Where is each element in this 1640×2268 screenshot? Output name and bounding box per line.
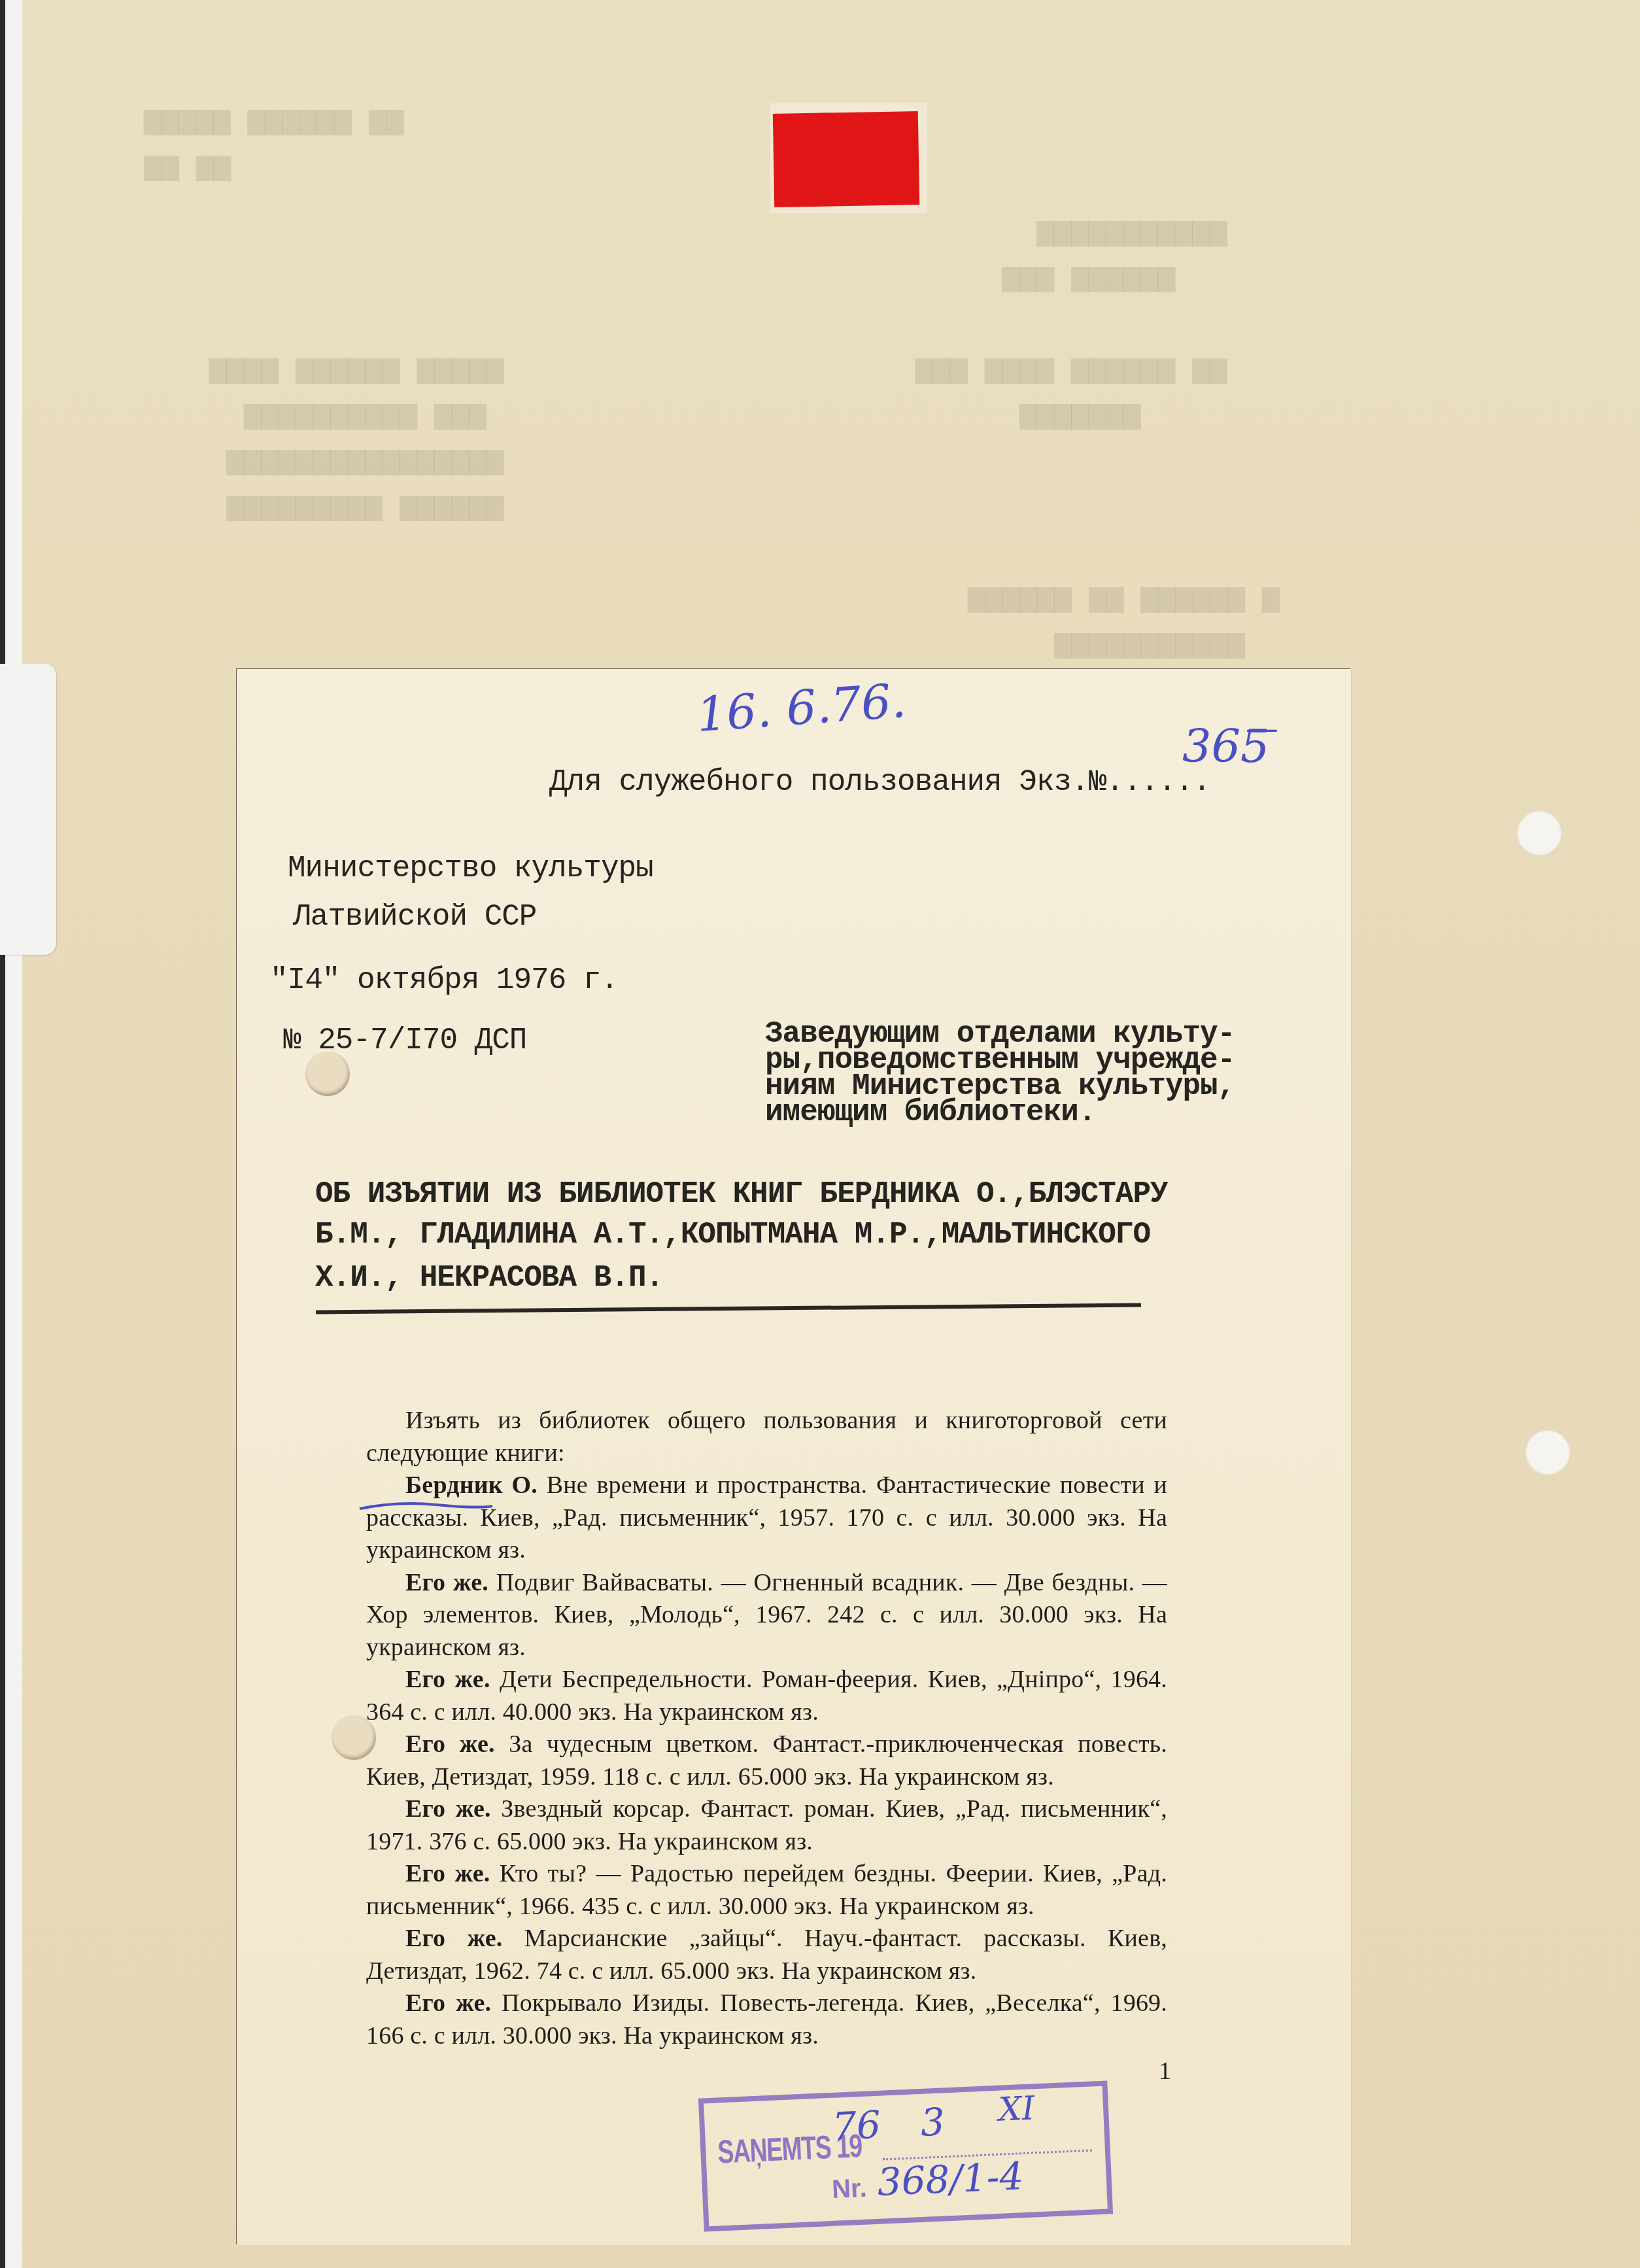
- handwritten-underline: [358, 1500, 496, 1513]
- document-title-line: Б.М., ГЛАДИЛИНА А.Т.,КОПЫТМАНА М.Р.,МАЛЬ…: [315, 1218, 1150, 1252]
- stamp-number-handwritten: 368/1-4: [876, 2154, 1024, 2205]
- book-entry: Его же. Звездный корсар. Фантаст. роман.…: [366, 1793, 1167, 1858]
- punch-hole: [1517, 811, 1562, 855]
- red-marker-tag: [773, 111, 919, 207]
- document-title-line: ОБ ИЗЪЯТИИ ИЗ БИБЛИОТЕК КНИГ БЕРДНИКА О.…: [315, 1177, 1168, 1211]
- bleed-through-text: ▆ ▆▆▆▆▆▆ ▆▆ ▆▆▆▆▆▆ ▆▆▆▆▆▆▆▆▆▆▆: [968, 576, 1280, 667]
- reference-number: № 25-7/I70 ДСП: [283, 1023, 526, 1057]
- sender-republic: Латвийской ССР: [293, 900, 536, 934]
- stamp-month-handwritten: XI: [998, 2089, 1036, 2128]
- sender-ministry: Министерство культуры: [288, 851, 653, 885]
- stamp-day-handwritten: 3: [919, 2099, 946, 2145]
- received-stamp: SAŅEMTS 19 Nr. 76 3 XI 368/1-4: [698, 2080, 1113, 2231]
- document-date: "I4" октября 1976 г.: [270, 963, 618, 997]
- bleed-through-text: ▆▆▆▆▆ ▆▆▆▆▆▆ ▆▆▆▆ ▆▆▆ ▆▆▆▆▆▆▆▆▆▆ ▆▆▆▆▆▆▆…: [209, 347, 504, 530]
- book-entry: Бердник О. Вне времени и пространства. Ф…: [366, 1469, 1167, 1567]
- book-entry: Его же. Покрывало Изиды. Повесть-легенда…: [366, 1987, 1167, 2052]
- stamp-number-label: Nr.: [831, 2174, 867, 2205]
- classification-line: Для служебного пользования Экз.№......: [549, 765, 1210, 799]
- book-entry: Его же. Дети Беспредельности. Роман-феер…: [366, 1664, 1167, 1728]
- addressee-line: имеющим библиотеки.: [765, 1095, 1096, 1129]
- bleed-through-text: ▆▆ ▆▆▆▆▆▆ ▆▆▆▆▆ ▆▆ ▆▆: [144, 98, 403, 190]
- punch-hole: [1526, 1430, 1570, 1475]
- binder-tab: [0, 664, 56, 955]
- book-entry: Его же. Кто ты? — Радостью перейдем безд…: [366, 1858, 1167, 1923]
- handwritten-dash: —: [1246, 710, 1278, 747]
- document-title-line: Х.И., НЕКРАСОВА В.П.: [315, 1261, 663, 1295]
- book-entry: Его же. За чудесным цветком. Фантаст.-пр…: [366, 1728, 1167, 1793]
- stamp-year-handwritten: 76: [831, 2103, 881, 2149]
- punch-hole: [305, 1052, 350, 1096]
- book-entry: Его же. Подвиг Вайвасваты. — Огненный вс…: [366, 1567, 1167, 1664]
- page-number: 1: [1159, 2057, 1171, 2086]
- bleed-through-text: ▆▆▆▆▆▆▆▆▆▆▆ ▆▆▆▆▆▆ ▆▆▆ ▆▆ ▆▆▆▆▆▆ ▆▆▆▆ ▆▆…: [915, 209, 1227, 438]
- intro-paragraph: Изъять из библиотек общего пользования и…: [366, 1405, 1167, 1469]
- book-entry: Его же. Марсианские „зайцы“. Науч.-фанта…: [366, 1923, 1167, 1987]
- binder-edge: [0, 0, 22, 2268]
